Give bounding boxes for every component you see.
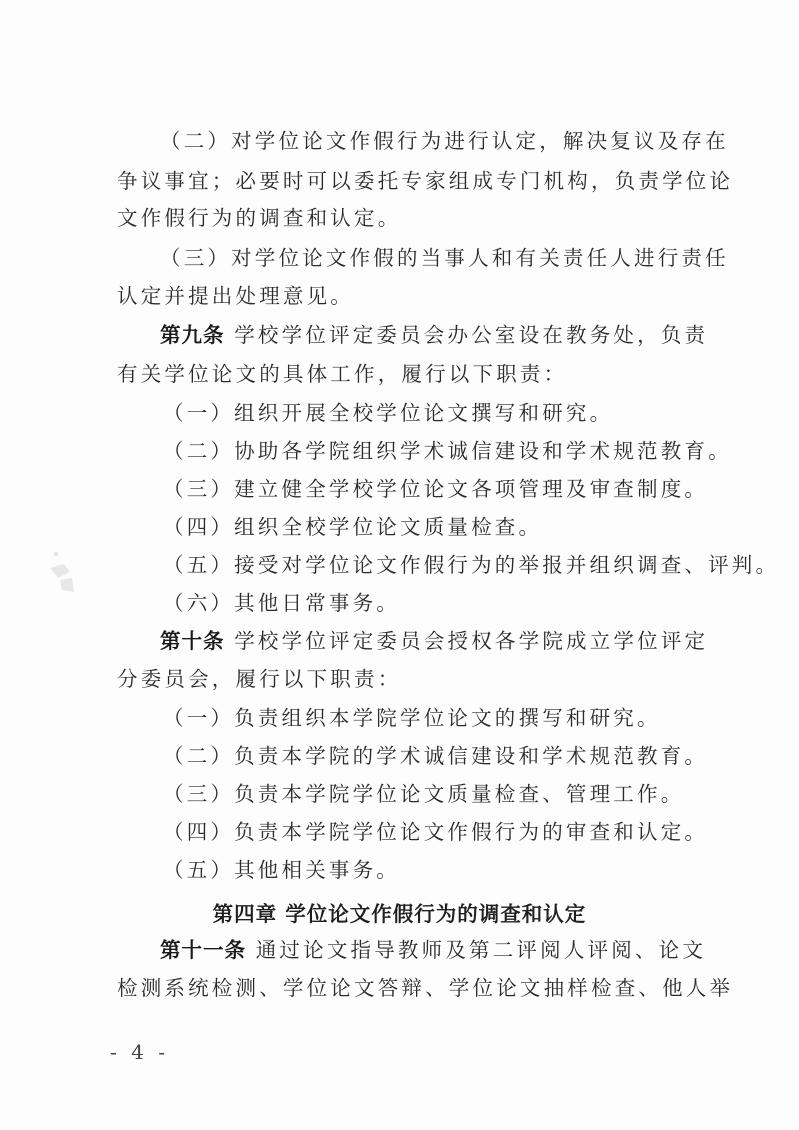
article-9-heading: 第九条 bbox=[160, 323, 225, 347]
paragraph-line: 认定并提出处理意见。 bbox=[117, 283, 354, 309]
paragraph-line: （二）对学位论文作假行为进行认定，解决复议及存在 bbox=[160, 128, 729, 154]
article-9-item: （三）建立健全学校学位论文各项管理及审查制度。 bbox=[163, 476, 708, 502]
article-9-first-line: 第九条 学校学位评定委员会办公室设在教务处，负责 bbox=[160, 322, 708, 348]
article-11-first-line: 第十一条 通过论文指导教师及第二评阅人评阅、论文 bbox=[160, 937, 706, 963]
article-10-item: （四）负责本学院学位论文作假行为的审查和认定。 bbox=[163, 819, 708, 845]
article-10-item: （二）负责本学院的学术诚信建设和学术规范教育。 bbox=[163, 743, 708, 769]
article-11-heading: 第十一条 bbox=[160, 938, 246, 962]
article-9-item: （一）组织开展全校学位论文撰写和研究。 bbox=[163, 400, 613, 426]
page-number: - 4 - bbox=[110, 1040, 169, 1064]
article-10-heading: 第十条 bbox=[160, 629, 225, 653]
article-10-item: （五）其他相关事务。 bbox=[163, 857, 400, 883]
paragraph-line: 争议事宜；必要时可以委托专家组成专门机构，负责学位论 bbox=[117, 168, 733, 194]
article-10-line: 分委员会，履行以下职责： bbox=[117, 666, 401, 692]
article-9-line: 有关学位论文的具体工作，履行以下职责： bbox=[117, 361, 567, 387]
article-10-first-line: 第十条 学校学位评定委员会授权各学院成立学位评定 bbox=[160, 628, 708, 654]
paragraph-line: 文作假行为的调查和认定。 bbox=[117, 205, 401, 231]
article-9-item: （五）接受对学位论文作假行为的举报并组织调查、评判。 bbox=[163, 552, 779, 578]
article-9-text: 学校学位评定委员会办公室设在教务处，负责 bbox=[234, 323, 708, 347]
paragraph-line: （三）对学位论文作假的当事人和有关责任人进行责任 bbox=[160, 245, 729, 271]
article-9-item: （六）其他日常事务。 bbox=[163, 590, 400, 616]
article-9-item: （二）协助各学院组织学术诚信建设和学术规范教育。 bbox=[163, 438, 732, 464]
article-10-item: （三）负责本学院学位论文质量检查、管理工作。 bbox=[163, 781, 684, 807]
document-page: （二）对学位论文作假行为进行认定，解决复议及存在 争议事宜；必要时可以委托专家组… bbox=[0, 0, 799, 1130]
article-10-item: （一）负责组织本学院学位论文的撰写和研究。 bbox=[163, 705, 661, 731]
article-10-text: 学校学位评定委员会授权各学院成立学位评定 bbox=[234, 629, 708, 653]
chapter-title: 第四章 学位论文作假行为的调查和认定 bbox=[0, 897, 799, 927]
article-11-text: 通过论文指导教师及第二评阅人评阅、论文 bbox=[256, 938, 706, 962]
article-9-item: （四）组织全校学位论文质量检查。 bbox=[163, 514, 542, 540]
faint-stamp-mark-icon bbox=[44, 548, 84, 596]
article-11-line: 检测系统检测、学位论文答辩、学位论文抽样检查、他人举 bbox=[117, 975, 733, 1001]
